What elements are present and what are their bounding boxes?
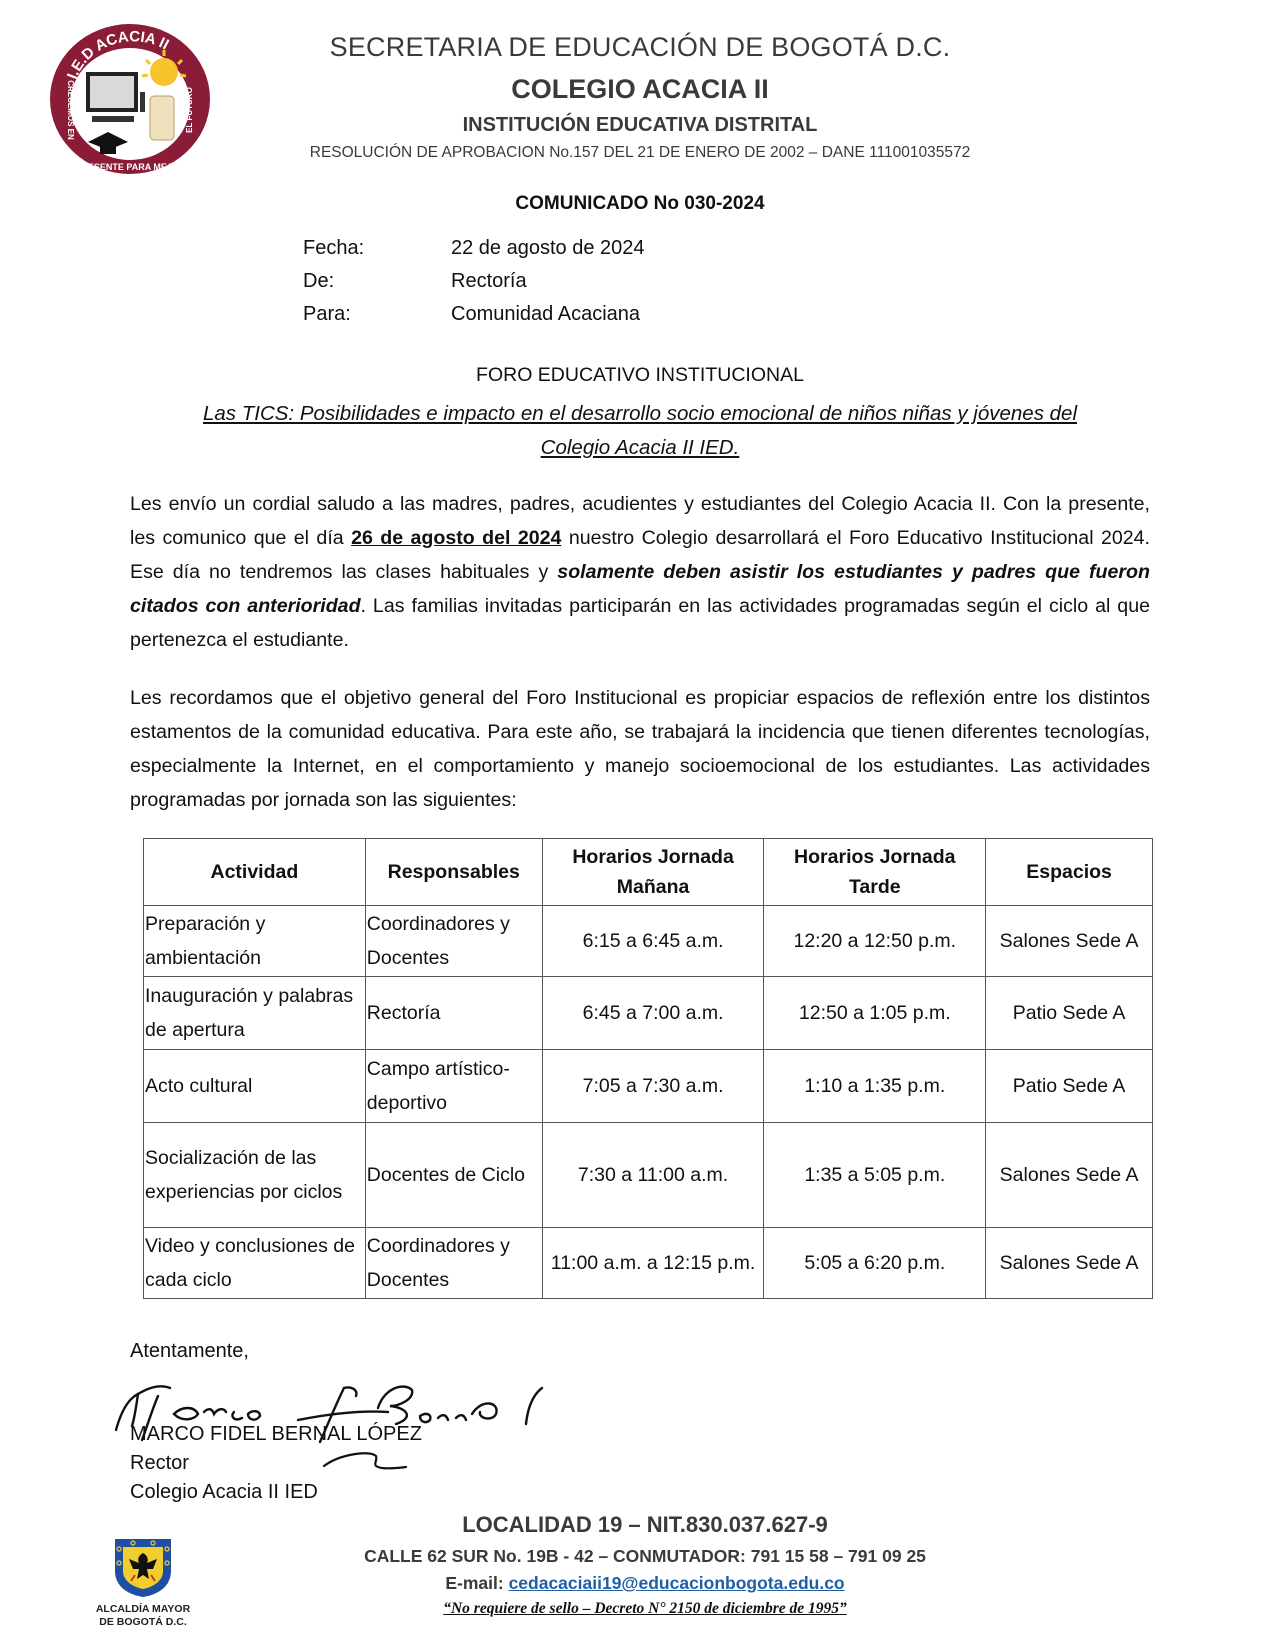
alcaldia-line1: ALCALDÍA MAYOR: [78, 1603, 208, 1616]
bogota-coat-of-arms-icon: [111, 1535, 175, 1599]
cell-manana: 7:30 a 11:00 a.m.: [542, 1123, 764, 1228]
meta-value: Rectoría: [451, 265, 527, 298]
column-header: Horarios Jornada Tarde: [764, 839, 986, 906]
table-row: Preparación y ambientación Coordinadores…: [144, 906, 1153, 977]
table-row: Socialización de las experiencias por ci…: [144, 1123, 1153, 1228]
cell-responsables: Docentes de Ciclo: [365, 1123, 542, 1228]
cell-espacios: Salones Sede A: [986, 1123, 1153, 1228]
cell-manana: 6:45 a 7:00 a.m.: [542, 977, 764, 1050]
alcaldia-logo: ALCALDÍA MAYOR DE BOGOTÁ D.C.: [78, 1535, 208, 1629]
comunicado-number: COMUNICADO No 030-2024: [300, 193, 980, 215]
schedule-table: Actividad Responsables Horarios Jornada …: [143, 838, 1153, 1299]
meta-row-de: De: Rectoría: [303, 265, 645, 298]
cell-tarde: 5:05 a 6:20 p.m.: [764, 1228, 986, 1299]
column-header: Responsables: [365, 839, 542, 906]
footer-address-phone: CALLE 62 SUR No. 19B - 42 – CONMUTADOR: …: [250, 1546, 1040, 1567]
email-label: E-mail:: [445, 1573, 508, 1593]
cell-actividad: Socialización de las experiencias por ci…: [144, 1123, 366, 1228]
email-link[interactable]: cedacaciaii19@educacionbogota.edu.co: [509, 1573, 845, 1593]
header-secretaria: SECRETARIA DE EDUCACIÓN DE BOGOTÁ D.C.: [250, 32, 1030, 63]
paragraph-greeting: Les envío un cordial saludo a las madres…: [130, 487, 1150, 657]
meta-row-fecha: Fecha: 22 de agosto de 2024: [303, 232, 645, 265]
event-date: 26 de agosto del 2024: [351, 527, 561, 549]
document-page: I.E.D ACACIA II CRECEMOS EN EL FUTURO EL…: [0, 0, 1275, 1650]
meta-value: Comunidad Acaciana: [451, 298, 640, 331]
alcaldia-name: ALCALDÍA MAYOR DE BOGOTÁ D.C.: [78, 1603, 208, 1629]
cell-manana: 6:15 a 6:45 a.m.: [542, 906, 764, 977]
column-header: Horarios Jornada Mañana: [542, 839, 764, 906]
cell-tarde: 1:35 a 5:05 p.m.: [764, 1123, 986, 1228]
cell-actividad: Video y conclusiones de cada ciclo: [144, 1228, 366, 1299]
meta-label: De:: [303, 265, 451, 298]
column-header: Espacios: [986, 839, 1153, 906]
cell-espacios: Patio Sede A: [986, 977, 1153, 1050]
school-logo: I.E.D ACACIA II CRECEMOS EN EL FUTURO EL…: [46, 20, 214, 178]
cell-espacios: Salones Sede A: [986, 906, 1153, 977]
footer-localidad-nit: LOCALIDAD 19 – NIT.830.037.627-9: [250, 1512, 1040, 1538]
table-row: Video y conclusiones de cada ciclo Coord…: [144, 1228, 1153, 1299]
cell-tarde: 12:50 a 1:05 p.m.: [764, 977, 986, 1050]
cell-actividad: Acto cultural: [144, 1050, 366, 1123]
cell-manana: 11:00 a.m. a 12:15 p.m.: [542, 1228, 764, 1299]
paragraph-objective: Les recordamos que el objetivo general d…: [130, 681, 1150, 817]
cell-responsables: Rectoría: [365, 977, 542, 1050]
handwritten-initials: [320, 1448, 410, 1474]
svg-text:CRECEMOS EN: CRECEMOS EN: [66, 80, 75, 140]
cell-responsables: Coordinadores y Docentes: [365, 906, 542, 977]
cell-responsables: Coordinadores y Docentes: [365, 1228, 542, 1299]
closing-salutation: Atentamente,: [130, 1340, 249, 1363]
header-resolution: RESOLUCIÓN DE APROBACION No.157 DEL 21 D…: [250, 144, 1030, 162]
cell-responsables: Campo artístico-deportivo: [365, 1050, 542, 1123]
footer-decree-note: “No requiere de sello – Decreto N° 2150 …: [250, 1600, 1040, 1618]
cell-manana: 7:05 a 7:30 a.m.: [542, 1050, 764, 1123]
meta-row-para: Para: Comunidad Acaciana: [303, 298, 645, 331]
sun-icon: [150, 58, 178, 86]
svg-text:EL PRESENTE PARA MEJORAR: EL PRESENTE PARA MEJORAR: [62, 162, 199, 172]
scroll-icon: [150, 96, 174, 140]
meta-value: 22 de agosto de 2024: [451, 232, 645, 265]
cell-tarde: 1:10 a 1:35 p.m.: [764, 1050, 986, 1123]
decree-note-text: “No requiere de sello – Decreto N° 2150 …: [443, 1600, 847, 1617]
meta-label: Fecha:: [303, 232, 451, 265]
forum-subtitle: Las TICS: Posibilidades e impacto en el …: [150, 397, 1130, 465]
signatory-name: MARCO FIDEL BERNAL LÓPEZ: [130, 1420, 422, 1449]
footer-email-line: E-mail: cedacaciaii19@educacionbogota.ed…: [250, 1573, 1040, 1594]
memo-meta: Fecha: 22 de agosto de 2024 De: Rectoría…: [303, 232, 645, 331]
header-school-name: COLEGIO ACACIA II: [250, 74, 1030, 105]
cell-actividad: Inauguración y palabras de apertura: [144, 977, 366, 1050]
forum-subtitle-line1: Las TICS: Posibilidades e impacto en el …: [203, 402, 1077, 425]
forum-title: FORO EDUCATIVO INSTITUCIONAL: [150, 364, 1130, 387]
cell-tarde: 12:20 a 12:50 p.m.: [764, 906, 986, 977]
header-institution-type: INSTITUCIÓN EDUCATIVA DISTRITAL: [250, 114, 1030, 137]
meta-label: Para:: [303, 298, 451, 331]
cell-actividad: Preparación y ambientación: [144, 906, 366, 977]
table-header-row: Actividad Responsables Horarios Jornada …: [144, 839, 1153, 906]
table-row: Inauguración y palabras de apertura Rect…: [144, 977, 1153, 1050]
alcaldia-line2: DE BOGOTÁ D.C.: [78, 1616, 208, 1629]
table-row: Acto cultural Campo artístico-deportivo …: [144, 1050, 1153, 1123]
forum-subtitle-line2: Colegio Acacia II IED.: [541, 436, 740, 459]
column-header: Actividad: [144, 839, 366, 906]
svg-text:EL FUTURO: EL FUTURO: [185, 87, 194, 133]
cell-espacios: Patio Sede A: [986, 1050, 1153, 1123]
cell-espacios: Salones Sede A: [986, 1228, 1153, 1299]
signatory-institution: Colegio Acacia II IED: [130, 1478, 422, 1507]
